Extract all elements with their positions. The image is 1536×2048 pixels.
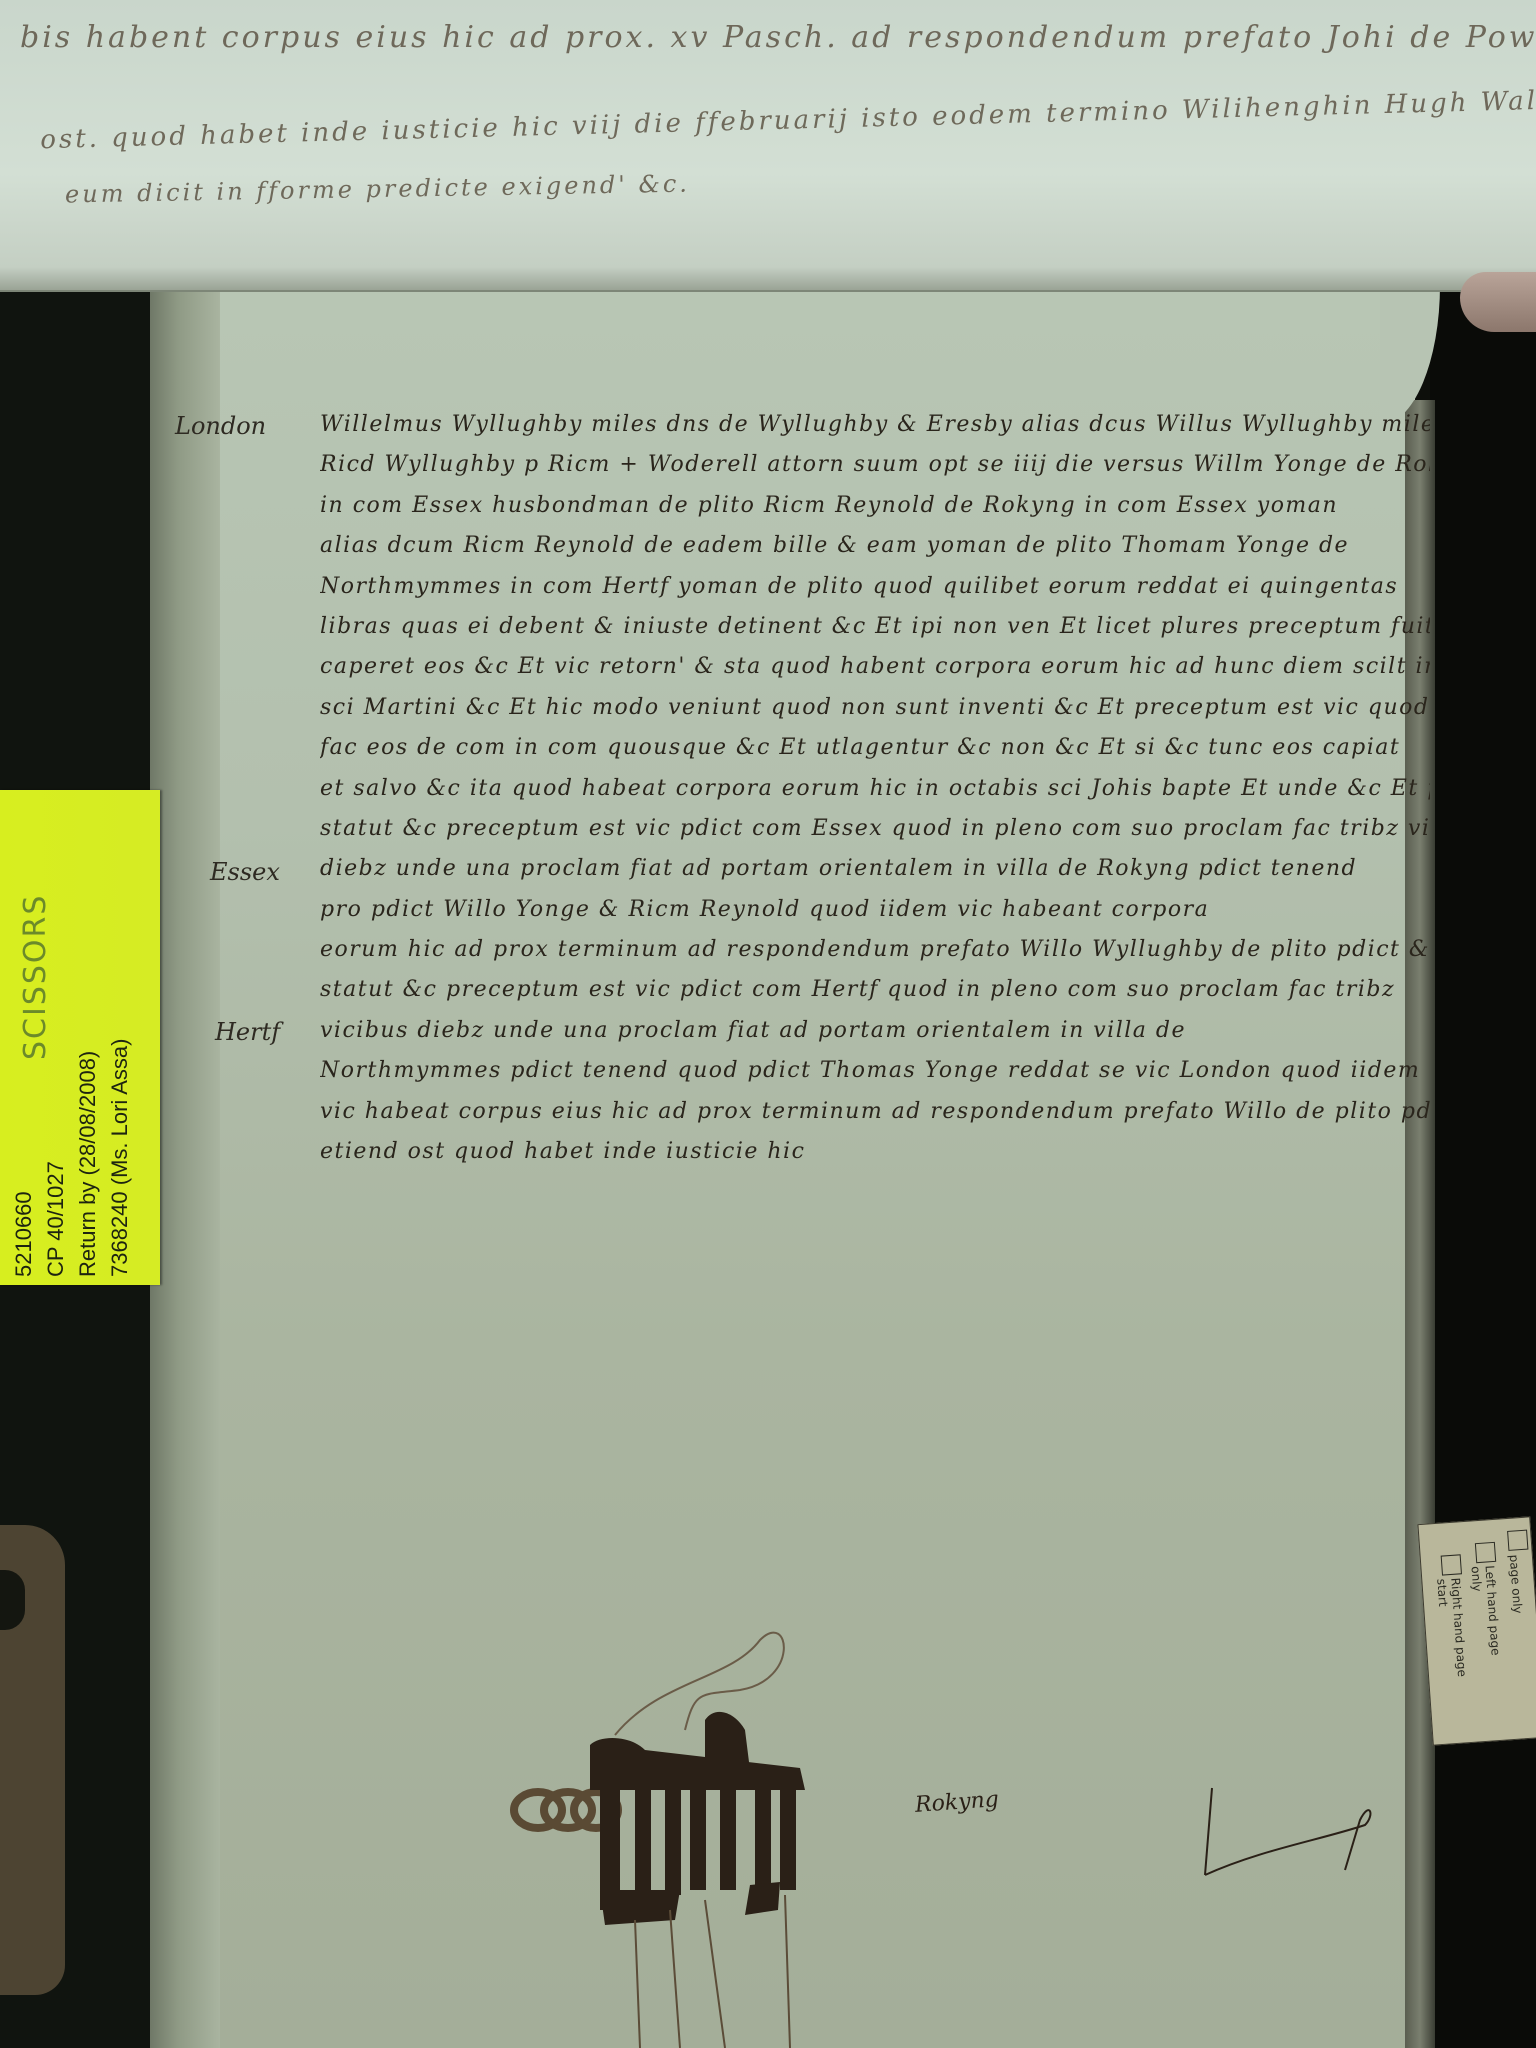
- wooden-weight-hole: [0, 1570, 25, 1630]
- call-slip-reader: 7368240 (Ms. Lori Assa): [104, 807, 136, 1277]
- signature-flourish: [500, 1620, 1400, 2048]
- checkbox-left-hand: [1475, 1542, 1496, 1563]
- manuscript-line: alias dcum Ricm Reynold de eadem bille &…: [320, 526, 1430, 566]
- checkbox-right-hand: [1441, 1554, 1462, 1575]
- manuscript-line: pro pdict Willo Yonge & Ricm Reynold quo…: [320, 890, 1430, 930]
- call-slip-reference: CP 40/1027: [40, 807, 72, 1277]
- manuscript-line: libras quas ei debent & iniuste detinent…: [320, 607, 1430, 647]
- manuscript-line: caperet eos &c Et vic retorn' & sta quod…: [320, 647, 1430, 687]
- manuscript-line: statut &c preceptum est vic pdict com Es…: [320, 809, 1430, 849]
- top-membrane-line: ost. quod habet inde iusticie hic viij d…: [40, 85, 1536, 155]
- manuscript-line: fac eos de com in com quousque &c Et utl…: [320, 728, 1430, 768]
- top-curled-membrane: bis habent corpus eius hic ad prox. xv P…: [0, 0, 1536, 292]
- manuscript-line: Willelmus Wyllughby miles dns de Wyllugh…: [320, 405, 1430, 445]
- manuscript-line: diebz unde una proclam fiat ad portam or…: [320, 849, 1430, 889]
- manuscript-line: Northmymmes pdict tenend quod pdict Thom…: [320, 1051, 1430, 1091]
- manuscript-text-block: Willelmus Wyllughby miles dns de Wyllugh…: [320, 405, 1430, 1172]
- manuscript-line: vic habeat corpus eius hic ad prox termi…: [320, 1092, 1430, 1132]
- page-position-slip: page only Left hand page only Right hand…: [1417, 1516, 1536, 1745]
- finger: [1460, 272, 1536, 332]
- manuscript-line: Ricd Wyllughby p Ricm + Woderell attorn …: [320, 445, 1430, 485]
- checkbox-page-only: [1507, 1530, 1528, 1551]
- margin-note-london: London: [175, 412, 266, 440]
- manuscript-line: Northmymmes in com Hertf yoman de plito …: [320, 567, 1430, 607]
- call-slip-line: 5210660: [8, 807, 40, 1277]
- top-membrane-line: bis habent corpus eius hic ad prox. xv P…: [20, 20, 1536, 55]
- manuscript-line: statut &c preceptum est vic pdict com He…: [320, 970, 1430, 1010]
- manuscript-line: eorum hic ad prox terminum ad respondend…: [320, 930, 1430, 970]
- manuscript-line: sci Martini &c Et hic modo veniunt quod …: [320, 688, 1430, 728]
- parchment-left-edge: [150, 288, 220, 2048]
- option-page-only: page only: [1507, 1554, 1525, 1614]
- background-cloth-right: [1430, 285, 1536, 2048]
- option-left-hand: Left hand page only: [1468, 1565, 1503, 1667]
- manuscript-line: et salvo &c ita quod habeat corpora eoru…: [320, 769, 1430, 809]
- manuscript-line: etiend ost quod habet inde iusticie hic: [320, 1132, 1430, 1172]
- manuscript-line: vicibus diebz unde una proclam fiat ad p…: [320, 1011, 1430, 1051]
- top-membrane-line: eum dicit in fforme predicte exigend' &c…: [65, 170, 690, 209]
- manuscript-line: in com Essex husbondman de plito Ricm Re…: [320, 486, 1430, 526]
- margin-note-essex: Essex: [210, 858, 280, 886]
- option-right-hand: Right hand page start: [1434, 1577, 1469, 1679]
- margin-note-hertf: Hertf: [215, 1018, 280, 1046]
- call-slip-return-date: Return by (28/08/2008): [72, 807, 104, 1277]
- call-slip: SCISSORS 5210660 CP 40/1027 Return by (2…: [0, 790, 160, 1285]
